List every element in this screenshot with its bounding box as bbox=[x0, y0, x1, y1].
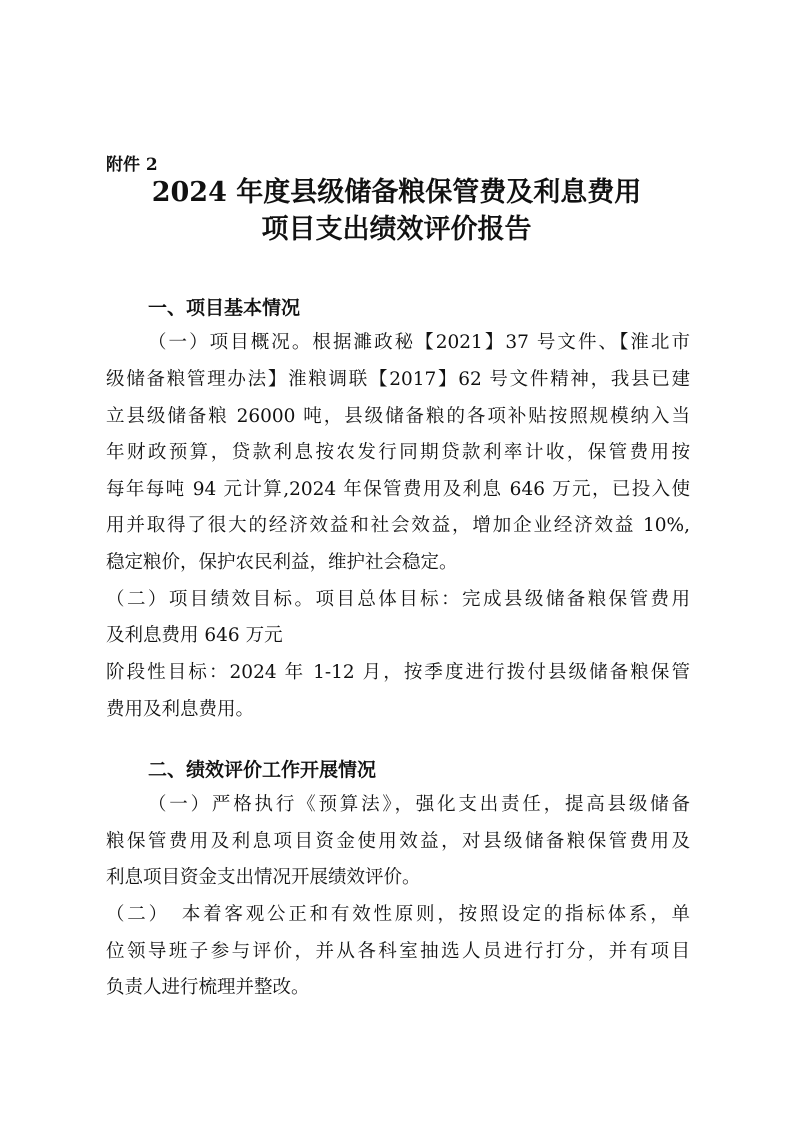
document-title-line-1: 2024 年度县级储备粮保管费及利息费用 bbox=[0, 176, 793, 210]
paragraph-line: 稳定粮价，保护农民利益，维护社会稳定。 bbox=[106, 551, 690, 575]
section-heading-1: 一、项目基本情况 bbox=[148, 296, 300, 320]
attachment-label: 附件 2 bbox=[106, 150, 158, 175]
paragraph-line: 阶段性目标：2024 年 1-12 月，按季度进行拨付县级储备粮保管 bbox=[106, 661, 690, 685]
paragraph-line: 立县级储备粮 26000 吨，县级储备粮的各项补贴按照规模纳入当 bbox=[106, 405, 690, 429]
paragraph-line: 年财政预算，贷款利息按农发行同期贷款利率计收，保管费用按 bbox=[106, 441, 690, 465]
paragraph-line: 用并取得了很大的经济效益和社会效益，增加企业经济效益 10%, bbox=[106, 514, 690, 538]
paragraph-line: 利息项目资金支出情况开展绩效评价。 bbox=[106, 866, 690, 890]
paragraph-line: 位领导班子参与评价，并从各科室抽选人员进行打分，并有项目 bbox=[106, 940, 690, 964]
paragraph-line: 级储备粮管理办法】淮粮调联【2017】62 号文件精神，我县已建 bbox=[106, 368, 690, 392]
paragraph-line: 每年每吨 94 元计算,2024 年保管费用及利息 646 万元，已投入使 bbox=[106, 478, 690, 502]
document-title-line-2: 项目支出绩效评价报告 bbox=[0, 213, 793, 247]
paragraph-line: （一）项目概况。根据濉政秘【2021】37 号文件、【淮北市 bbox=[148, 331, 690, 355]
paragraph-line: 负责人进行梳理并整改。 bbox=[106, 976, 690, 1000]
document-page: 附件 2 2024 年度县级储备粮保管费及利息费用 项目支出绩效评价报告 一、项… bbox=[0, 0, 793, 1122]
paragraph-line: （二） 本着客观公正和有效性原则，按照设定的指标体系，单 bbox=[106, 903, 690, 927]
section-heading-2: 二、绩效评价工作开展情况 bbox=[148, 758, 376, 782]
paragraph-line: 粮保管费用及利息项目资金使用效益，对县级储备粮保管费用及 bbox=[106, 830, 690, 854]
paragraph-line: 费用及利息费用。 bbox=[106, 698, 690, 722]
paragraph-line: （一）严格执行《预算法》，强化支出责任，提高县级储备 bbox=[148, 793, 690, 817]
paragraph-line: （二）项目绩效目标。项目总体目标：完成县级储备粮保管费用 bbox=[106, 588, 690, 612]
paragraph-line: 及利息费用 646 万元 bbox=[106, 624, 690, 648]
